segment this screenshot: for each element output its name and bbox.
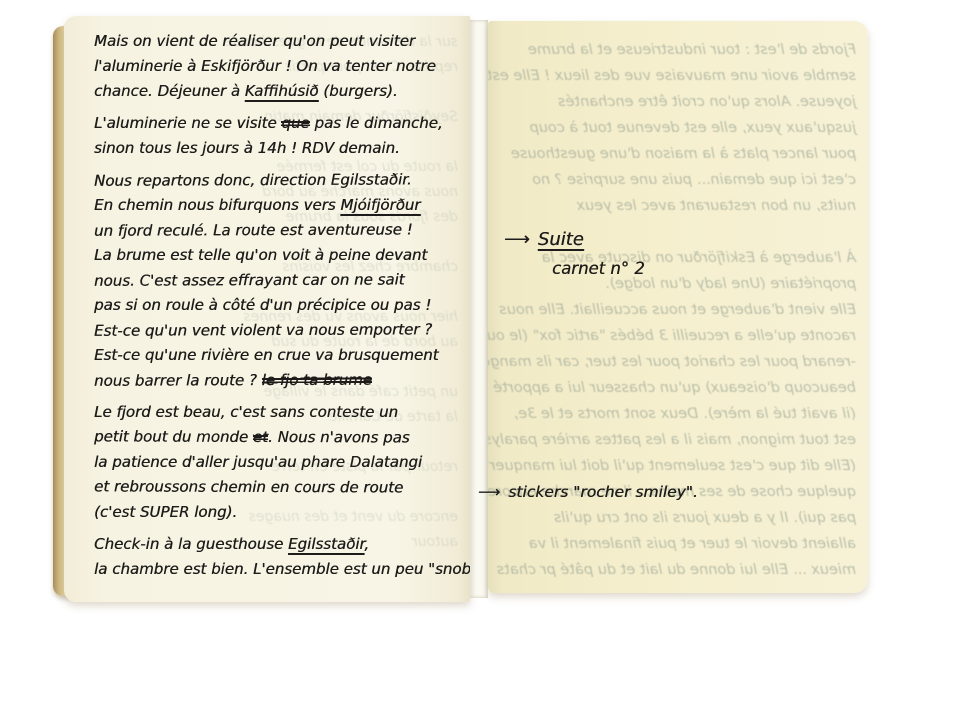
underlined-text: Egilsstaðir — [288, 535, 364, 553]
handwriting-line: la patience d'aller jusqu'au phare Dalat… — [94, 450, 466, 475]
bleedthrough-line: mieux ... Elle lui donne du lait et du p… — [504, 557, 856, 583]
note-suite-subtitle: carnet n° 2 — [552, 259, 645, 278]
bleedthrough-line: allaient devoir le tuer et puis finaleme… — [504, 531, 856, 557]
text-segment: Check-in à la guesthouse — [94, 535, 288, 553]
text-segment: , — [364, 535, 369, 553]
text-segment: (c'est SUPER long). — [94, 503, 237, 521]
handwriting-line: Le fjord est beau, c'est sans conteste u… — [94, 400, 466, 425]
handwriting-line: En chemin nous bifurquons vers Mjóifjörð… — [94, 193, 466, 218]
bleedthrough-line: (il avait tué la mère). Deux sont morts … — [504, 401, 856, 427]
bleedthrough-line: Fjords de l'est : tour industrieuse et l… — [504, 37, 856, 63]
photo-background: sur la demande de la guesthousereprise. … — [0, 0, 954, 714]
text-segment: (burgers). — [318, 82, 397, 100]
text-segment: pas si on roule à côté d'un précipice ou… — [94, 296, 431, 314]
bleedthrough-line: joyeuse. Alors qu'on croit être enchanté… — [504, 89, 856, 115]
bleedthrough-line: c'est ici que demain... puis une surpris… — [504, 167, 856, 193]
handwriting-line: Check-in à la guesthouse Egilsstaðir, — [94, 532, 466, 557]
paragraph: L'aluminerie ne se visite que pas le dim… — [94, 111, 466, 161]
handwriting-line: chance. Déjeuner à Kaffihúsið (burgers). — [94, 79, 466, 104]
text-segment: l'aluminerie à Eskifjörður ! On va tente… — [94, 57, 436, 75]
bleedthrough-line: (Elle dit que c'est seulement qu'il doit… — [504, 453, 856, 479]
handwriting-line: la chambre est bien. L'ensemble est un p… — [94, 557, 466, 582]
handwriting-line: nous barrer la route ? le fjo ta brume — [94, 367, 466, 394]
bleedthrough-line: pour lancer plats à la maison d'une gues… — [504, 141, 856, 167]
text-segment: La brume est telle qu'on voit à peine de… — [94, 246, 427, 264]
arrow-icon: ⟶ — [478, 483, 499, 501]
text-segment: et rebroussons chemin en cours de route — [94, 477, 403, 496]
text-segment: la chambre est bien. L'ensemble est un p… — [94, 560, 483, 578]
handwriting-line: Mais on vient de réaliser qu'on peut vis… — [94, 29, 466, 54]
right-page: Fjords de l'est : tour industrieuse et l… — [488, 21, 868, 593]
text-segment: petit bout du monde — [94, 427, 253, 446]
text-segment: chance. Déjeuner à — [94, 82, 245, 100]
bleedthrough-line: raconte qu'elle a recueilli 3 bébés "art… — [504, 323, 856, 349]
handwriting-line: petit bout du monde et. Nous n'avons pas — [94, 424, 466, 450]
bleedthrough-line: -renard pour les chariot pour les tuer, … — [504, 349, 856, 375]
bleedthrough-line: pas qui). Il y a deux jours ils ont cru … — [504, 505, 856, 531]
bleedthrough-line: nuits, un bon restaurant avec les yeux — [504, 193, 856, 219]
bleedthrough-line: beaucoup d'oiseaux) qu'un chasseur lui a… — [504, 375, 856, 401]
handwriting-line: Est-ce qu'une rivière en crue va brusque… — [94, 343, 466, 368]
text-segment: un fjord reculé. La route est aventureus… — [94, 220, 413, 239]
handwriting-line: La brume est telle qu'on voit à peine de… — [94, 243, 466, 268]
text-segment: Mais on vient de réaliser qu'on peut vis… — [94, 32, 415, 50]
bleedthrough-line: est tout mignon, mais il a les pattes ar… — [504, 427, 856, 453]
handwriting-line: un fjord reculé. La route est aventureus… — [94, 217, 466, 244]
left-page-handwriting: Mais on vient de réaliser qu'on peut vis… — [94, 29, 466, 589]
text-segment: . Nous n'avons pas — [268, 428, 410, 446]
handwriting-line: et rebroussons chemin en cours de route — [94, 474, 466, 500]
handwriting-line: (c'est SUPER long). — [94, 500, 466, 525]
text-segment: pas le dimanche, — [310, 114, 443, 132]
text-segment: la patience d'aller jusqu'au phare Dalat… — [94, 453, 422, 471]
text-segment: Est-ce qu'un vent violent va nous emport… — [94, 320, 432, 339]
underlined-text: Kaffihúsið — [245, 82, 319, 100]
handwriting-line: Est-ce qu'un vent violent va nous emport… — [94, 317, 466, 344]
handwriting-line: Nous repartons donc, direction Egilsstað… — [94, 167, 466, 194]
text-segment: Nous repartons donc, direction Egilsstað… — [94, 170, 412, 189]
note-suite: ⟶Suite carnet n° 2 — [504, 229, 645, 278]
bleedthrough-line: jusqu'aux yeux, elle est devenue tout à … — [504, 115, 856, 141]
struck-out-text: que — [281, 114, 309, 132]
struck-out-text: le fjo ta brume — [262, 371, 373, 389]
right-page-bleedthrough: Fjords de l'est : tour industrieuse et l… — [488, 21, 868, 593]
text-segment: nous barrer la route ? — [94, 371, 262, 390]
struck-out-text: et — [253, 428, 268, 446]
text-segment: L'aluminerie ne se visite — [94, 114, 281, 132]
bleedthrough-line: Elle vient d'auberge et nous accueillait… — [504, 297, 856, 323]
note-suite-title: Suite — [538, 229, 584, 250]
handwriting-line: pas si on roule à côté d'un précipice ou… — [94, 293, 466, 318]
handwriting-line: nous. C'est assez effrayant car on ne sa… — [94, 267, 466, 294]
handwriting-line: sinon tous les jours à 14h ! RDV demain. — [94, 136, 466, 161]
handwriting-line: l'aluminerie à Eskifjörður ! On va tente… — [94, 54, 466, 79]
text-segment: En chemin nous bifurquons vers — [94, 196, 340, 214]
handwriting-line: L'aluminerie ne se visite que pas le dim… — [94, 111, 466, 136]
note-stickers-text: stickers "rocher smiley". — [508, 483, 698, 501]
paragraph: Nous repartons donc, direction Egilsstað… — [94, 168, 466, 393]
paragraph: Le fjord est beau, c'est sans conteste u… — [94, 400, 466, 525]
gutter — [470, 20, 488, 598]
underlined-text: Mjóifjörður — [340, 196, 420, 214]
text-segment: Est-ce qu'une rivière en crue va brusque… — [94, 346, 439, 364]
paragraph: Check-in à la guesthouse Egilsstaðir,la … — [94, 532, 466, 582]
note-stickers: ⟶stickers "rocher smiley". — [478, 483, 698, 501]
text-segment: Le fjord est beau, c'est sans conteste u… — [94, 403, 398, 421]
text-segment: sinon tous les jours à 14h ! RDV demain. — [94, 139, 400, 157]
bleedthrough-line: semble avoir une mauvaise vue des lieux … — [504, 63, 856, 89]
text-segment: nous. C'est assez effrayant car on ne sa… — [94, 270, 405, 289]
paragraph: Mais on vient de réaliser qu'on peut vis… — [94, 29, 466, 104]
left-page: sur la demande de la guesthousereprise. … — [64, 16, 470, 602]
arrow-icon: ⟶ — [504, 229, 529, 250]
